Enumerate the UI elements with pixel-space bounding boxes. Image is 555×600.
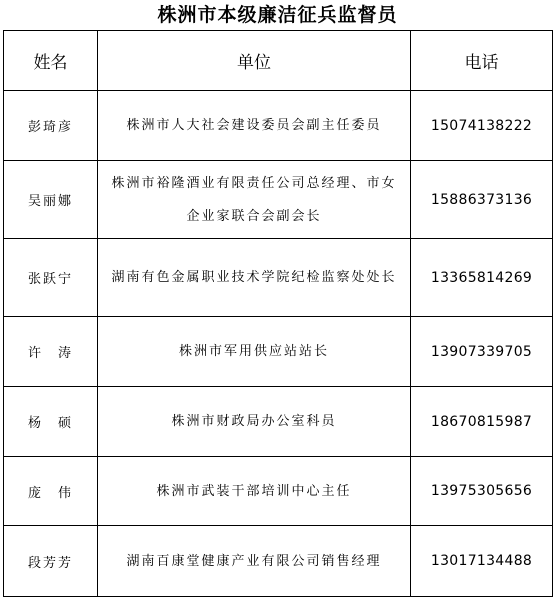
cell-phone: 13017134488 [411,526,553,597]
table-row: 吴丽娜株洲市裕隆酒业有限责任公司总经理、市女企业家联合会副会长158863731… [4,161,553,239]
header-phone: 电话 [411,31,553,91]
cell-phone: 15074138222 [411,91,553,161]
cell-name: 许 涛 [4,317,98,387]
cell-unit: 株洲市裕隆酒业有限责任公司总经理、市女企业家联合会副会长 [98,161,411,239]
cell-phone: 13907339705 [411,317,553,387]
cell-unit: 株洲市武装干部培训中心主任 [98,457,411,526]
table-row: 庞 伟株洲市武装干部培训中心主任13975305656 [4,457,553,526]
table-row: 张跃宁湖南有色金属职业技术学院纪检监察处处长13365814269 [4,239,553,317]
cell-unit: 湖南百康堂健康产业有限公司销售经理 [98,526,411,597]
table-header-row: 姓名 单位 电话 [4,31,553,91]
cell-name: 张跃宁 [4,239,98,317]
cell-unit: 株洲市人大社会建设委员会副主任委员 [98,91,411,161]
supervisor-table: 姓名 单位 电话 彭琦彦株洲市人大社会建设委员会副主任委员15074138222… [3,30,553,597]
cell-name: 庞 伟 [4,457,98,526]
table-row: 段芳芳湖南百康堂健康产业有限公司销售经理13017134488 [4,526,553,597]
document-title: 株洲市本级廉洁征兵监督员 [0,2,555,28]
cell-phone: 13365814269 [411,239,553,317]
cell-phone: 13975305656 [411,457,553,526]
table-row: 许 涛株洲市军用供应站站长13907339705 [4,317,553,387]
cell-name: 杨 硕 [4,387,98,457]
cell-phone: 18670815987 [411,387,553,457]
cell-unit: 湖南有色金属职业技术学院纪检监察处处长 [98,239,411,317]
cell-unit: 株洲市财政局办公室科员 [98,387,411,457]
cell-unit: 株洲市军用供应站站长 [98,317,411,387]
cell-name: 吴丽娜 [4,161,98,239]
table-row: 彭琦彦株洲市人大社会建设委员会副主任委员15074138222 [4,91,553,161]
header-name: 姓名 [4,31,98,91]
cell-phone: 15886373136 [411,161,553,239]
cell-name: 段芳芳 [4,526,98,597]
cell-name: 彭琦彦 [4,91,98,161]
header-unit: 单位 [98,31,411,91]
table-row: 杨 硕株洲市财政局办公室科员18670815987 [4,387,553,457]
